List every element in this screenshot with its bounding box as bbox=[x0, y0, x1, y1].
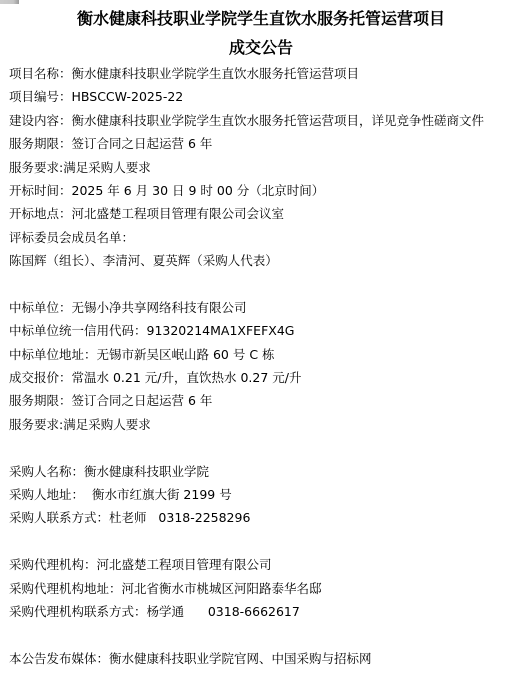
document-title-line1: 衡水健康科技职业学院学生直饮水服务托管运营项目 bbox=[0, 4, 522, 33]
line-winning-bidder-credit-code: 中标单位统一信用代码：91320214MA1XFEFX4G bbox=[9, 319, 516, 342]
blank-line bbox=[9, 436, 516, 459]
line-evaluation-committee-heading: 评标委员会成员名单： bbox=[9, 226, 516, 249]
line-agency-contact: 采购代理机构联系方式：杨学通 0318-6662617 bbox=[9, 600, 516, 623]
announcement-document: 衡水健康科技职业学院学生直饮水服务托管运营项目 成交公告 项目名称：衡水健康科技… bbox=[0, 0, 522, 697]
line-purchaser-contact: 采购人联系方式：杜老师 0318-2258296 bbox=[9, 506, 516, 529]
blank-line bbox=[9, 530, 516, 553]
line-project-number: 项目编号：HBSCCW-2025-22 bbox=[9, 85, 516, 108]
scrollbar-fragment bbox=[0, 0, 19, 4]
line-purchaser-name: 采购人名称：衡水健康科技职业学院 bbox=[9, 460, 516, 483]
line-winning-bidder: 中标单位：无锡小净共享网络科技有限公司 bbox=[9, 296, 516, 319]
document-title-block: 衡水健康科技职业学院学生直饮水服务托管运营项目 成交公告 bbox=[0, 0, 522, 62]
line-announcement-media: 本公告发布媒体：衡水健康科技职业学院官网、中国采购与招标网 bbox=[9, 647, 516, 670]
line-winning-bidder-address: 中标单位地址：无锡市新吴区岷山路 60 号 C 栋 bbox=[9, 343, 516, 366]
blank-line bbox=[9, 623, 516, 646]
line-construction-content: 建设内容：衡水健康科技职业学院学生直饮水服务托管运营项目，详见竞争性磋商文件 bbox=[9, 109, 516, 132]
blank-line bbox=[9, 273, 516, 296]
line-agency-address: 采购代理机构地址：河北省衡水市桃城区河阳路泰华名邸 bbox=[9, 577, 516, 600]
line-service-period: 服务期限：签订合同之日起运营 6 年 bbox=[9, 132, 516, 155]
line-evaluation-committee-members: 陈国辉（组长）、李清河、夏英辉（采购人代表） bbox=[9, 249, 516, 272]
line-service-period-2: 服务期限：签订合同之日起运营 6 年 bbox=[9, 389, 516, 412]
line-bid-opening-time: 开标时间：2025 年 6 月 30 日 9 时 00 分（北京时间） bbox=[9, 179, 516, 202]
line-service-requirement-2: 服务要求:满足采购人要求 bbox=[9, 413, 516, 436]
document-body: 项目名称：衡水健康科技职业学院学生直饮水服务托管运营项目 项目编号：HBSCCW… bbox=[0, 62, 522, 670]
line-deal-price: 成交报价：常温水 0.21 元/升，直饮热水 0.27 元/升 bbox=[9, 366, 516, 389]
line-service-requirement: 服务要求:满足采购人要求 bbox=[9, 156, 516, 179]
line-bid-opening-place: 开标地点：河北盛楚工程项目管理有限公司会议室 bbox=[9, 202, 516, 225]
line-project-name: 项目名称：衡水健康科技职业学院学生直饮水服务托管运营项目 bbox=[9, 62, 516, 85]
line-agency-name: 采购代理机构：河北盛楚工程项目管理有限公司 bbox=[9, 553, 516, 576]
line-purchaser-address: 采购人地址： 衡水市红旗大街 2199 号 bbox=[9, 483, 516, 506]
document-title-line2: 成交公告 bbox=[0, 33, 522, 62]
